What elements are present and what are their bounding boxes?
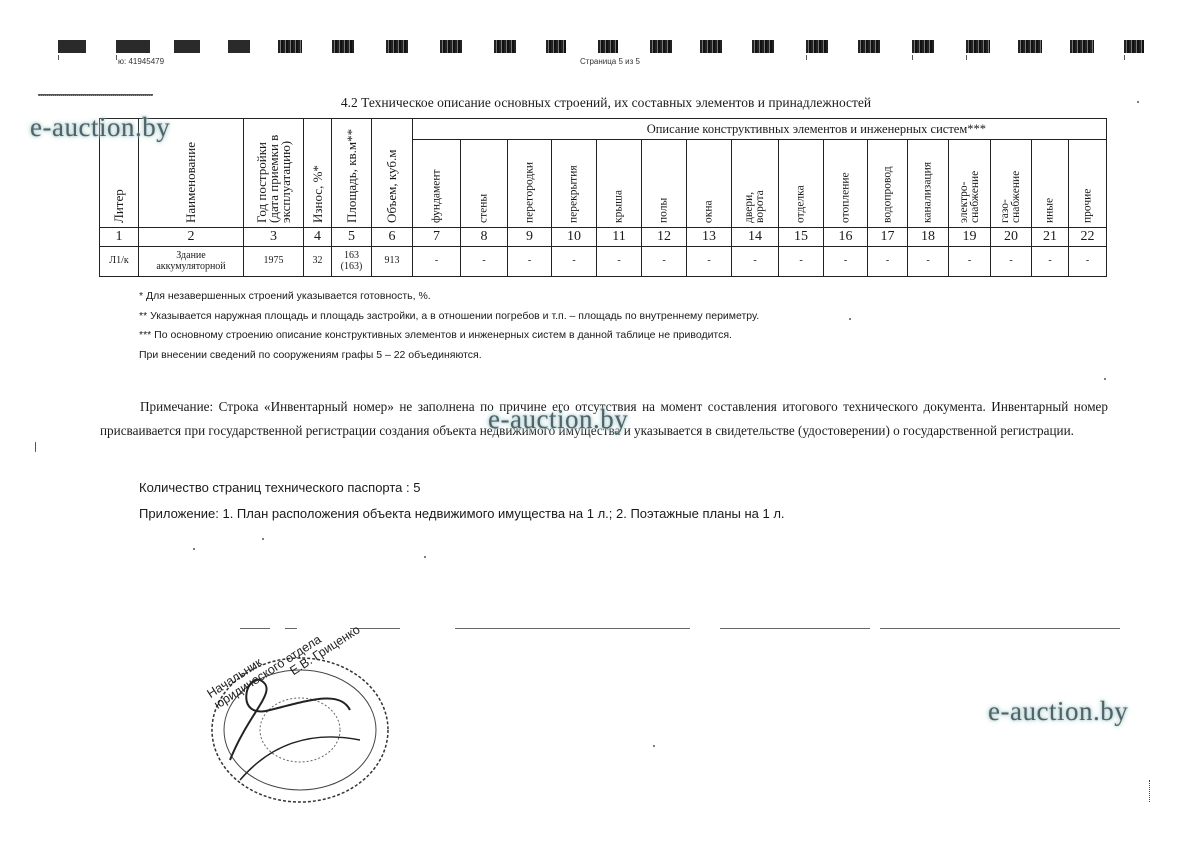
column-header: электро-снабжение <box>949 140 991 228</box>
column-header: полы <box>642 140 687 228</box>
column-header: Износ, %* <box>304 119 332 228</box>
cell-element: - <box>824 247 868 277</box>
column-number: 16 <box>824 228 868 247</box>
scan-tick <box>116 55 117 60</box>
dash-segment <box>720 628 870 629</box>
scan-speck <box>262 538 264 540</box>
scan-block <box>1124 40 1144 53</box>
edge-mark <box>1149 780 1152 802</box>
column-number: 9 <box>508 228 552 247</box>
column-header-label: Объем, куб.м <box>386 150 398 223</box>
column-number: 13 <box>687 228 732 247</box>
scan-block <box>1018 40 1042 53</box>
scan-speck <box>1137 101 1139 103</box>
table-header-row: Литер Наименование Год постройки(дата пр… <box>100 119 1107 140</box>
column-number: 21 <box>1032 228 1069 247</box>
column-number: 14 <box>732 228 779 247</box>
column-header-label: отопление <box>840 172 851 223</box>
technical-description-table: Литер Наименование Год постройки(дата пр… <box>99 118 1107 277</box>
cell-element: - <box>597 247 642 277</box>
scan-block <box>598 40 618 53</box>
cell-element: - <box>732 247 779 277</box>
column-header: газо-снабжение <box>991 140 1032 228</box>
document-id-fragment: ю: 41945479 <box>118 57 164 66</box>
scan-block <box>58 40 86 53</box>
scan-block <box>386 40 408 53</box>
scan-block <box>228 40 250 53</box>
cell-element: - <box>461 247 508 277</box>
column-header-label: электро-снабжение <box>959 170 981 222</box>
scan-speck <box>193 548 195 550</box>
column-number: 10 <box>552 228 597 247</box>
column-number: 19 <box>949 228 991 247</box>
column-header-label: газо-снабжение <box>1000 170 1022 222</box>
column-header: окна <box>687 140 732 228</box>
column-number: 11 <box>597 228 642 247</box>
cell-wear: 32 <box>304 247 332 277</box>
page-count-line: Количество страниц технического паспорта… <box>139 480 420 495</box>
scan-block <box>174 40 200 53</box>
watermark: e-auction.by <box>988 696 1128 727</box>
cell-name: Зданиеаккумуляторной <box>139 247 244 277</box>
scan-speck <box>849 318 851 320</box>
column-number: 2 <box>139 228 244 247</box>
footnote: ** Указывается наружная площадь и площад… <box>139 307 759 327</box>
column-number: 22 <box>1069 228 1107 247</box>
dash-segment <box>285 628 297 629</box>
scan-block <box>278 40 302 53</box>
cell-element: - <box>949 247 991 277</box>
column-header: канализация <box>908 140 949 228</box>
column-header: Объем, куб.м <box>372 119 413 228</box>
scan-block <box>966 40 990 53</box>
group-header: Описание конструктивных элементов и инже… <box>413 119 1107 140</box>
cell-element: - <box>552 247 597 277</box>
column-number: 12 <box>642 228 687 247</box>
cell-element: - <box>413 247 461 277</box>
column-header: стены <box>461 140 508 228</box>
column-header: Площадь, кв.м** <box>332 119 372 228</box>
cell-element: - <box>508 247 552 277</box>
column-header-label: перегородки <box>524 161 535 222</box>
column-header-label: отделка <box>796 185 807 223</box>
column-header: перекрытия <box>552 140 597 228</box>
column-header: прочие <box>1069 140 1107 228</box>
column-number: 20 <box>991 228 1032 247</box>
footnote: * Для незавершенных строений указывается… <box>139 287 759 307</box>
column-number: 5 <box>332 228 372 247</box>
dash-segment <box>455 628 690 629</box>
column-header-label: окна <box>704 200 715 223</box>
column-number: 18 <box>908 228 949 247</box>
column-header-label: перекрытия <box>569 165 580 223</box>
column-header-label: крыша <box>614 189 625 222</box>
column-header-label: иные <box>1045 197 1056 222</box>
column-header-label: канализация <box>923 161 934 222</box>
column-number: 3 <box>244 228 304 247</box>
column-number-row: 1 2 3 4 5 6 7 8 9 10 11 12 13 14 15 16 1… <box>100 228 1107 247</box>
column-number: 6 <box>372 228 413 247</box>
column-header-label: Наименование <box>185 142 197 223</box>
column-header: перегородки <box>508 140 552 228</box>
scan-block <box>440 40 462 53</box>
column-header-label: стены <box>479 193 490 222</box>
watermark: e-auction.by <box>488 404 628 435</box>
scan-block <box>650 40 672 53</box>
column-number: 8 <box>461 228 508 247</box>
cell-element: - <box>687 247 732 277</box>
column-header: водопровод <box>868 140 908 228</box>
column-number: 4 <box>304 228 332 247</box>
scan-speck <box>653 745 655 747</box>
column-header: отопление <box>824 140 868 228</box>
column-header: отделка <box>779 140 824 228</box>
scan-block <box>332 40 354 53</box>
cell-element: - <box>642 247 687 277</box>
cell-area: 163(163) <box>332 247 372 277</box>
column-header-label: Износ, %* <box>312 165 324 223</box>
scan-block <box>700 40 722 53</box>
column-header-label: двери,ворота <box>744 190 766 223</box>
column-number: 7 <box>413 228 461 247</box>
column-header: двери,ворота <box>732 140 779 228</box>
scan-block <box>116 40 150 53</box>
column-header: крыша <box>597 140 642 228</box>
scan-block <box>546 40 566 53</box>
cell-element: - <box>1032 247 1069 277</box>
column-header: фундамент <box>413 140 461 228</box>
footnotes: * Для незавершенных строений указывается… <box>139 287 759 365</box>
scan-tick <box>58 55 59 60</box>
scan-tick <box>912 55 913 60</box>
dash-segment <box>880 628 1120 629</box>
scan-block <box>1070 40 1094 53</box>
scan-block <box>806 40 828 53</box>
footnote: При внесении сведений по сооружениям гра… <box>139 346 759 366</box>
column-header-label: водопровод <box>882 166 893 223</box>
page-number-label: Страница 5 из 5 <box>580 57 640 66</box>
cell-liter: Л1/к <box>100 247 139 277</box>
scan-tick <box>966 55 967 60</box>
column-header-label: Литер <box>113 189 125 223</box>
scan-block <box>752 40 774 53</box>
table-row: Л1/к Зданиеаккумуляторной 1975 32 163(16… <box>100 247 1107 277</box>
scan-tick <box>1124 55 1125 60</box>
column-number: 15 <box>779 228 824 247</box>
scan-block <box>494 40 516 53</box>
column-number: 1 <box>100 228 139 247</box>
column-header-label: фундамент <box>431 169 442 223</box>
column-header-label: прочие <box>1082 188 1093 222</box>
scan-block <box>858 40 880 53</box>
scan-block <box>912 40 934 53</box>
column-header-label: Год постройки(дата приемки вэксплуатацию… <box>256 135 292 223</box>
column-header-label: полы <box>659 197 670 222</box>
cell-year: 1975 <box>244 247 304 277</box>
scan-speck <box>35 442 36 452</box>
section-title: 4.2 Техническое описание основных строен… <box>0 95 1200 111</box>
appendix-line: Приложение: 1. План расположения объекта… <box>139 506 785 521</box>
scan-tick <box>806 55 807 60</box>
watermark: e-auction.by <box>30 112 170 143</box>
cell-element: - <box>868 247 908 277</box>
cell-volume: 913 <box>372 247 413 277</box>
footnote: *** По основному строению описание конст… <box>139 326 759 346</box>
scan-speck <box>1104 378 1106 380</box>
column-number: 17 <box>868 228 908 247</box>
column-header: Год постройки(дата приемки вэксплуатацию… <box>244 119 304 228</box>
scan-speck <box>424 556 426 558</box>
cell-element: - <box>1069 247 1107 277</box>
cell-element: - <box>991 247 1032 277</box>
cell-element: - <box>908 247 949 277</box>
column-header-label: Площадь, кв.м** <box>346 129 358 223</box>
column-header: иные <box>1032 140 1069 228</box>
cell-element: - <box>779 247 824 277</box>
dash-segment <box>240 628 270 629</box>
